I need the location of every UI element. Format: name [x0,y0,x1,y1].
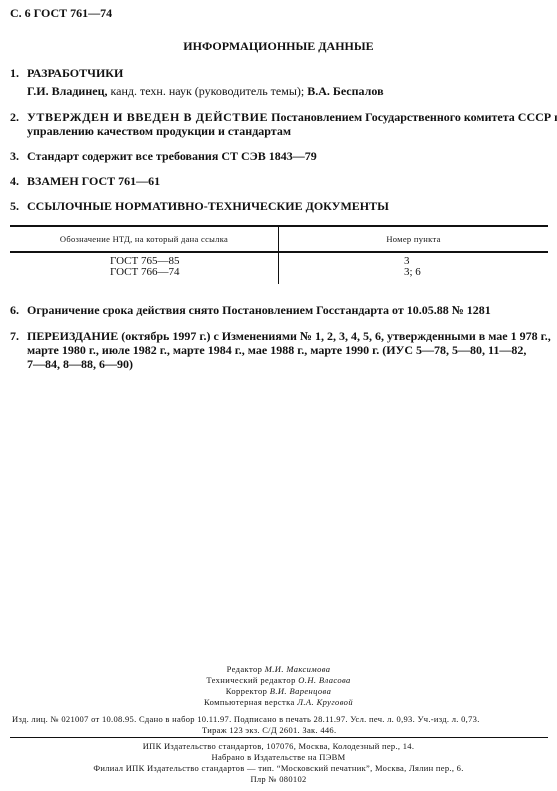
item-7: 7.ПЕРЕИЗДАНИЕ (октябрь 1997 г.) с Измене… [10,329,551,344]
item-4: 4.ВЗАМЕН ГОСТ 761—61 [10,174,160,189]
imprint-line-1: Изд. лиц. № 021007 от 10.08.95. Сдано в … [12,714,480,724]
table-header-document: Обозначение НТД, на который дана ссылка [10,234,278,244]
table-header-clause: Номер пункта [279,234,548,244]
footer-printer: Филиал ИПК Издательство стандартов — тип… [0,763,557,773]
table-header-border [10,251,548,253]
item-5: 5.ССЫЛОЧНЫЕ НОРМАТИВНО-ТЕХНИЧЕСКИЕ ДОКУМ… [10,199,389,214]
credit-editor: Редактор М.И. Максимова [0,664,557,674]
footer-rule [10,737,548,738]
imprint-line-2: Тираж 123 экз. С/Д 2601. Зак. 446. [202,725,336,735]
item-7-line3: 7—84, 8—88, 6—90) [27,357,133,372]
item-6: 6.Ограничение срока действия снято Поста… [10,303,491,318]
page-header: С. 6 ГОСТ 761—74 [10,6,112,21]
credit-tech-editor: Технический редактор О.Н. Власова [0,675,557,685]
item-7-line2: марте 1980 г., июле 1982 г., марте 1984 … [27,343,526,358]
document-title: ИНФОРМАЦИОННЫЕ ДАННЫЕ [0,39,557,54]
credit-proofreader: Корректор В.И. Варенцова [0,686,557,696]
footer-typeset: Набрано в Издательстве на ПЭВМ [0,752,557,762]
item-1-heading: 1.РАЗРАБОТЧИКИ [10,66,123,81]
footer-publisher: ИПК Издательство стандартов, 107076, Мос… [0,741,557,751]
item-3: 3.Стандарт содержит все требования СТ СЭ… [10,149,317,164]
table-row-2-document: ГОСТ 766—74 [110,267,179,278]
credit-layout: Компьютерная верстка Л.А. Круговой [0,697,557,707]
item-2-line2: управлению качеством продукции и стандар… [27,124,291,139]
item-1-developers: Г.И. Владинец, канд. техн. наук (руковод… [27,84,384,99]
table-row-2-clause: 3; 6 [404,267,421,278]
footer-license: Плр № 080102 [0,774,557,784]
item-2: 2.УТВЕРЖДЕН И ВВЕДЕН В ДЕЙСТВИЕ Постанов… [10,110,557,125]
table-top-border [10,225,548,227]
